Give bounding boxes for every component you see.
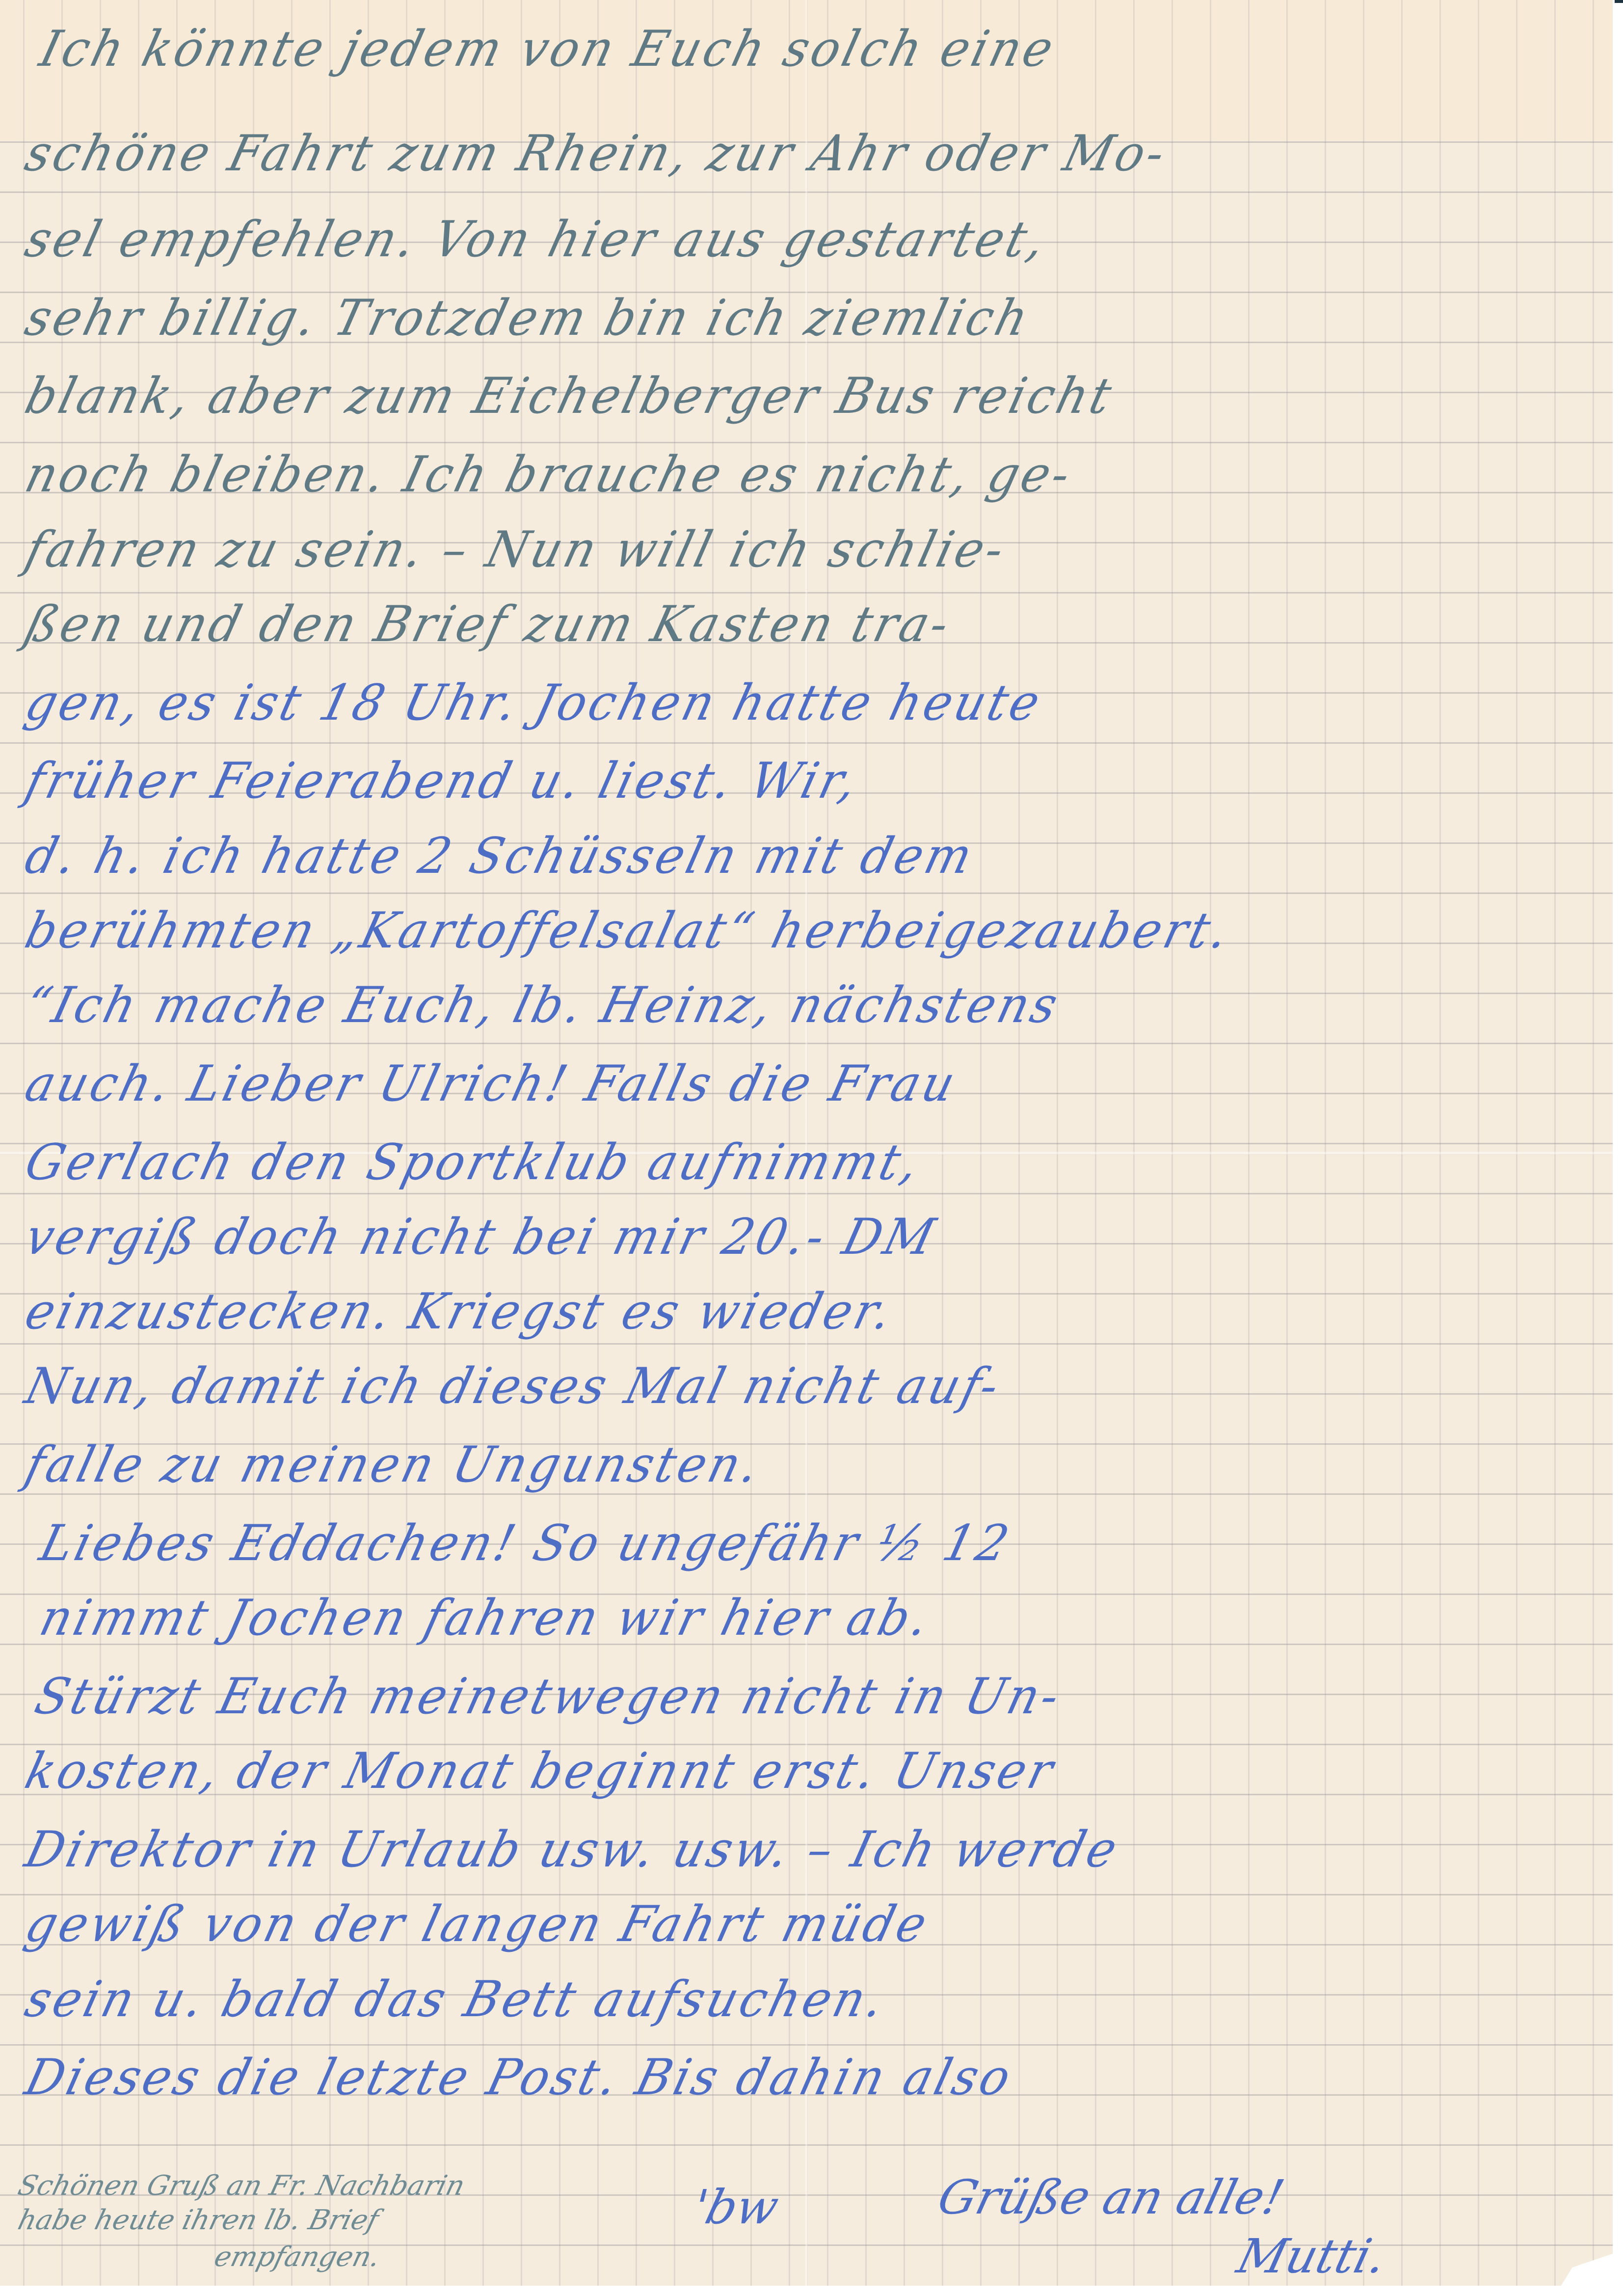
- letter-line: blank, aber zum Eichelberger Bus reicht: [20, 367, 1120, 425]
- letter-line: d. h. ich hatte 2 Schüsseln mit dem: [20, 827, 981, 885]
- postscript-line: habe heute ihren lb. Brief: [15, 2204, 382, 2236]
- letter-line: vergiß doch nicht bei mir 20.- DM: [20, 1208, 943, 1266]
- letter-line: nimmt Jochen fahren wir hier ab.: [34, 1589, 937, 1647]
- letter-line: sel empfehlen. Von hier aus gestartet,: [20, 210, 1054, 268]
- postscript-line: Schönen Gruß an Fr. Nachbarin: [15, 2170, 468, 2202]
- letter-line: fahren zu sein. – Nun will ich schlie-: [20, 520, 1012, 578]
- scan-edge-mark: [1615, 0, 1623, 3]
- closing-greeting: Grüße an alle!: [932, 2170, 1289, 2225]
- letter-line: Gerlach den Sportklub aufnimmt,: [20, 1133, 928, 1191]
- letter-line: gen, es ist 18 Uhr. Jochen hatte heute: [20, 674, 1048, 731]
- letter-line: berühmten „Kartoffelsalat“ herbeigezaube…: [20, 901, 1237, 959]
- letter-line: “Ich mache Euch, lb. Heinz, nächstens: [20, 976, 1066, 1034]
- letter-line: Liebes Eddachen! So ungefähr ½ 12: [34, 1514, 1017, 1572]
- letter-line: Ich könnte jedem von Euch solch eine: [34, 20, 1062, 78]
- letter-line: falle zu meinen Ungunsten.: [20, 1435, 768, 1493]
- letter-line: früher Feierabend u. liest. Wir,: [20, 752, 866, 810]
- postscript-line: empfangen.: [211, 2241, 383, 2273]
- letter-line: gewiß von der langen Fahrt müde: [20, 1895, 935, 1953]
- letter-line: Nun, damit ich dieses Mal nicht auf-: [20, 1357, 1008, 1415]
- letter-line: ßen und den Brief zum Kasten tra-: [20, 595, 958, 653]
- closing-prefix: 'bw: [687, 2180, 784, 2235]
- letter-line: sein u. bald das Bett aufsuchen.: [20, 1970, 893, 2028]
- letter-line: sehr billig. Trotzdem bin ich ziemlich: [20, 289, 1037, 347]
- letter-line: noch bleiben. Ich brauche es nicht, ge-: [20, 445, 1079, 503]
- letter-line: Stürzt Euch meinetwegen nicht in Un-: [29, 1667, 1068, 1725]
- letter-line: kosten, der Monat beginnt erst. Unser: [20, 1742, 1062, 1800]
- signature: Mutti.: [1232, 2229, 1392, 2284]
- letter-line: Dieses die letzte Post. Bis dahin also: [20, 2048, 1019, 2106]
- letter-line: einzustecken. Kriegst es wieder.: [20, 1282, 901, 1340]
- letter-line: schöne Fahrt zum Rhein, zur Ahr oder Mo-: [20, 124, 1173, 182]
- letter-line: Direktor in Urlaub usw. usw. – Ich werde: [20, 1820, 1126, 1878]
- letter-line: auch. Lieber Ulrich! Falls die Frau: [20, 1054, 963, 1112]
